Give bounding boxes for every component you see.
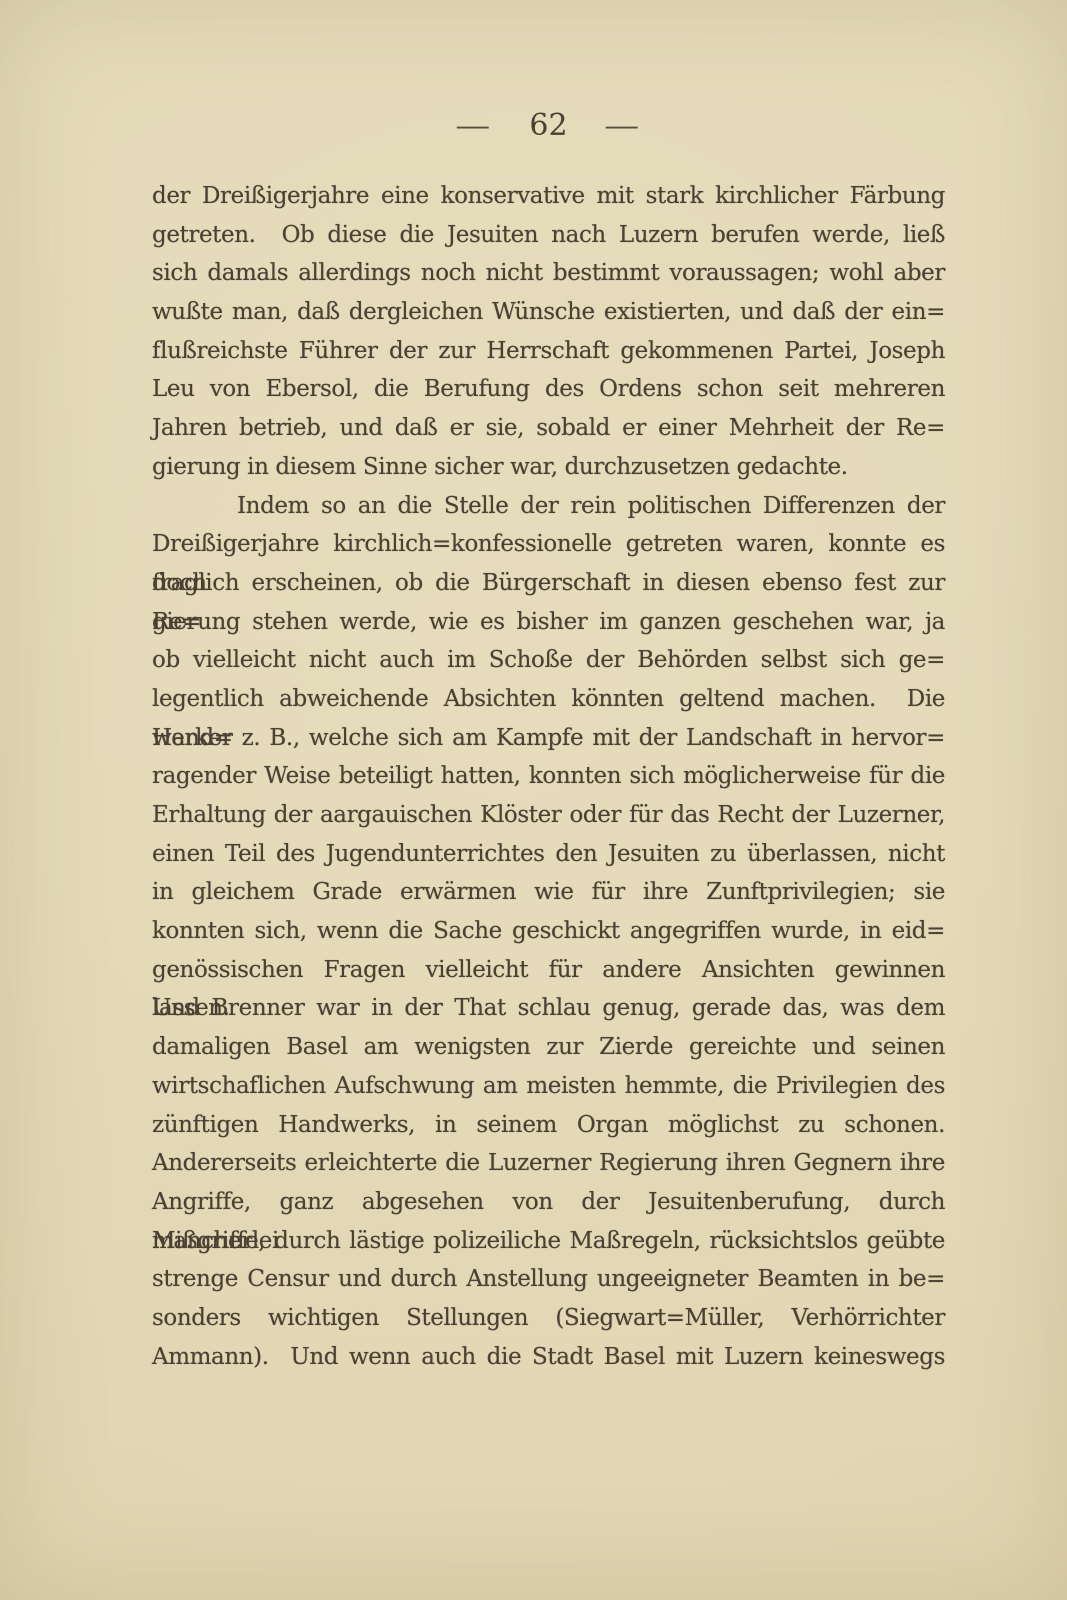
text-line: genössischen Fragen vielleicht für ander… [152, 951, 945, 990]
text-line: strenge Censur und durch Anstellung unge… [152, 1260, 945, 1299]
text-line: in gleichem Grade erwärmen wie für ihre … [152, 873, 945, 912]
text-line: einen Teil des Jugendunterrichtes den Je… [152, 835, 945, 874]
text-line: konnten sich, wenn die Sache geschickt a… [152, 912, 945, 951]
body-text-block: der Dreißigerjahre eine konservative mit… [152, 177, 945, 1376]
text-line: Andererseits erleichterte die Luzerner R… [152, 1144, 945, 1183]
book-page: — 62 — der Dreißigerjahre eine konservat… [0, 0, 1067, 1600]
text-line: Leu von Ebersol, die Berufung des Ordens… [152, 370, 945, 409]
text-line: getreten. Ob diese die Jesuiten nach Luz… [152, 216, 945, 255]
header-left-dash: — [456, 109, 494, 142]
text-line: Und Brenner war in der That schlau genug… [152, 989, 945, 1028]
text-line: legentlich abweichende Absichten könnten… [152, 680, 945, 719]
text-line: damaligen Basel am wenigsten zur Zierde … [152, 1028, 945, 1067]
text-line: sich damals allerdings noch nicht bestim… [152, 254, 945, 293]
text-line-paragraph-start: Indem so an die Stelle der rein politisc… [152, 487, 945, 526]
page-number: 62 [529, 108, 567, 143]
text-line: werker z. B., welche sich am Kampfe mit … [152, 719, 945, 758]
text-line-paragraph-end: gierung in diesem Sinne sicher war, durc… [152, 448, 945, 487]
text-line: Jahren betrieb, und daß er sie, sobald e… [152, 409, 945, 448]
text-line: Angriffe, ganz abgesehen von der Jesuite… [152, 1183, 945, 1222]
text-line: ob vielleicht nicht auch im Schoße der B… [152, 641, 945, 680]
text-line: gierung stehen werde, wie es bisher im g… [152, 603, 945, 642]
text-line: Erhaltung der aargauischen Klöster oder … [152, 796, 945, 835]
text-line: flußreichste Führer der zur Herrschaft g… [152, 332, 945, 371]
text-line: sonders wichtigen Stellungen (Siegwart=M… [152, 1299, 945, 1338]
text-line: Ammann). Und wenn auch die Stadt Basel m… [152, 1338, 945, 1377]
text-line: ragender Weise beteiligt hatten, konnten… [152, 757, 945, 796]
text-line: Mißgriffe, durch lästige polizeiliche Ma… [152, 1222, 945, 1261]
header-right-dash: — [604, 109, 642, 142]
page-header: — 62 — [152, 108, 945, 143]
text-line: wirtschaflichen Aufschwung am meisten he… [152, 1067, 945, 1106]
text-line: zünftigen Handwerks, in seinem Organ mög… [152, 1106, 945, 1145]
text-line: Dreißigerjahre kirchlich=konfessionelle … [152, 525, 945, 564]
text-line: der Dreißigerjahre eine konservative mit… [152, 177, 945, 216]
text-line: wußte man, daß dergleichen Wünsche exist… [152, 293, 945, 332]
text-line: fraglich erscheinen, ob die Bürgerschaft… [152, 564, 945, 603]
